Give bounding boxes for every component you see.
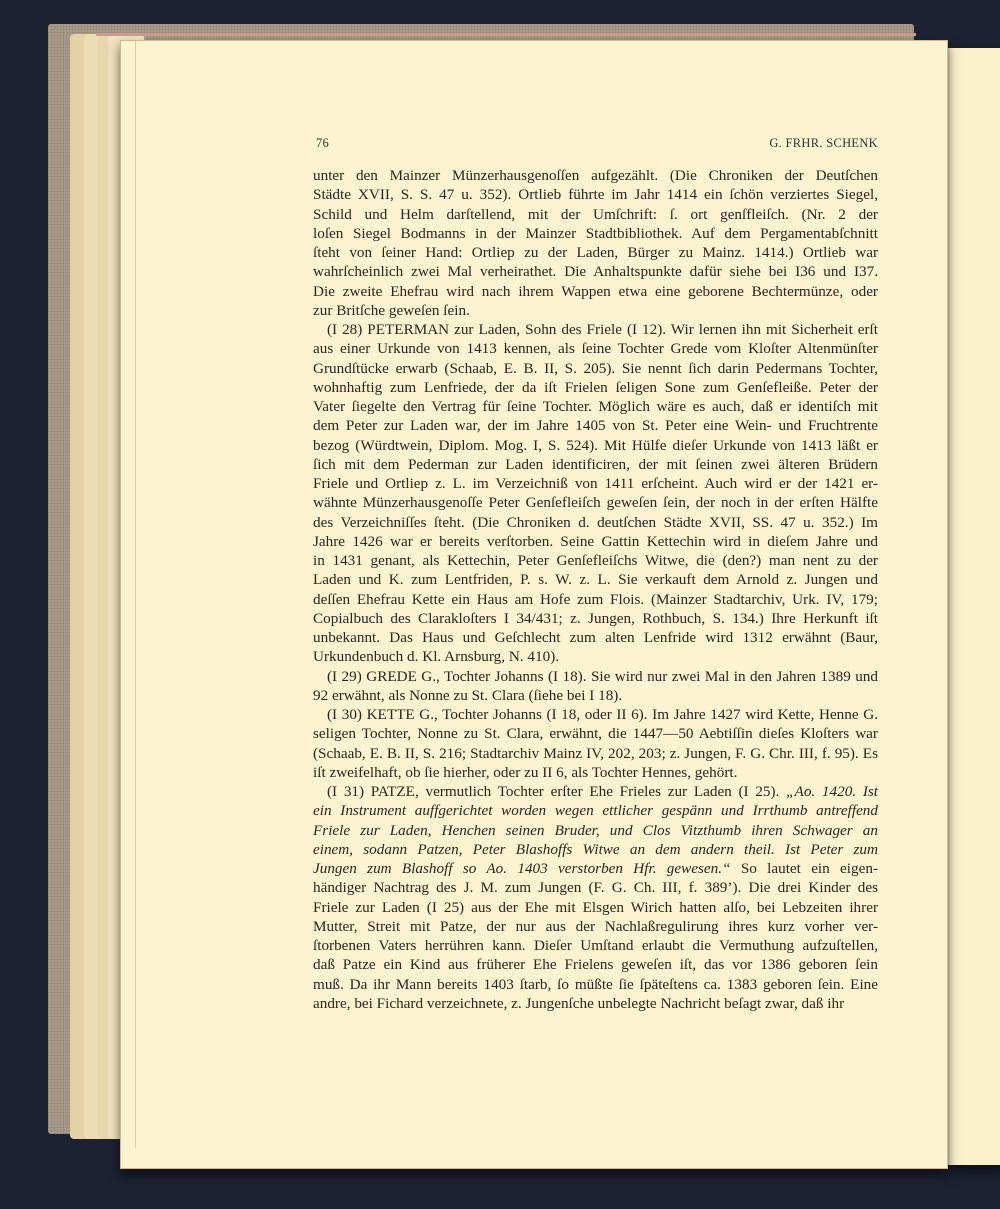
text-line: (I 30) KETTE G., Tochter Johanns (I 18, … <box>313 705 878 724</box>
paragraph-I30: (I 30) KETTE G., Tochter Johanns (I 18, … <box>313 705 878 782</box>
facing-page-edge <box>948 48 1000 1165</box>
text-line: (I 29) GREDE G., Tochter Johanns (I 18).… <box>313 667 878 686</box>
text-line: wähnte Münzerhausgenoſſe Peter Genſeflei… <box>313 493 878 512</box>
text-line: Friele und Ortliep z. L. im Verzeichniß … <box>313 474 878 493</box>
text-line: Urkundenbuch d. Kl. Arnsburg, N. 410). <box>313 647 878 666</box>
text-line: ſtorbenen Vaters herrühren kann. Dieſer … <box>313 936 878 955</box>
text-segment: muß. Da ihr Mann bereits 1403 ſtarb, ſo … <box>313 976 878 993</box>
text-line: Friele zur Laden (I 25) aus der Ehe mit … <box>313 898 878 917</box>
text-line: iſt zweifelhaft, ob ſie hierher, oder zu… <box>313 763 878 782</box>
text-line: muß. Da ihr Mann bereits 1403 ſtarb, ſo … <box>313 975 878 994</box>
text-line: Die zweite Ehefrau wird nach ihrem Wappe… <box>313 282 878 301</box>
text-line: Laden und K. zum Lentfriden, P. s. W. z.… <box>313 570 878 589</box>
text-line: seligen Tochter, Nonne zu St. Clara, erw… <box>313 724 878 743</box>
text-segment: andre, bei Fichard verzeichnete, z. Jung… <box>313 995 844 1012</box>
red-top-edge <box>96 33 916 36</box>
text-line: dem Peter zur Laden war, der im Jahre 14… <box>313 416 878 435</box>
text-line: (Schaab, E. B. II, S. 216; Stadtarchiv M… <box>313 744 878 763</box>
text-line: ein Instrument auffgerichtet worden wege… <box>313 801 878 820</box>
text-line: aus einer Urkunde von 1413 kennen, als ſ… <box>313 339 878 358</box>
text-line: wohnhaftig zum Lenfriede, der da iſt Fri… <box>313 378 878 397</box>
text-line: Copialbuch des Claraklоſters I 34/431; z… <box>313 609 878 628</box>
text-segment: ſtorbenen Vaters herrühren kann. Dieſer … <box>313 937 878 954</box>
text-line: Friele zur Laden, Henchen seinen Bruder,… <box>313 821 878 840</box>
text-line: (I 31) PATZE, vermutlich Tochter erſter … <box>313 782 878 801</box>
text-segment: Mutter, Streit mit Patze, der nur aus de… <box>313 918 878 935</box>
italic-quote: „Ao. 1420. Ist <box>786 783 878 800</box>
body-text: unter den Mainzer Münzerhausgenoſſen auf… <box>313 166 878 1013</box>
text-line: 92 erwähnt, als Nonne zu St. Clara (ſieh… <box>313 686 878 705</box>
text-line: einem, sodann Patzen, Peter Blashoffs Wi… <box>313 840 878 859</box>
text-line: Grundſtücke erwarb (Schaab, E. B. II, S.… <box>313 359 878 378</box>
text-line: Jahre 1426 war er bereits verſtorben. Se… <box>313 532 878 551</box>
text-line: Schild und Helm darſtellend, mit der Umſ… <box>313 205 878 224</box>
text-line: des Verzeichniſſes ſteht. (Die Chroniken… <box>313 513 878 532</box>
text-segment: daß Patze ein Kind aus früherer Ehe Frie… <box>313 956 878 973</box>
text-line: (I 28) PETERMAN zur Laden, Sohn des Frie… <box>313 320 878 339</box>
paragraph-I29: (I 29) GREDE G., Tochter Johanns (I 18).… <box>313 667 878 706</box>
text-line: unbekannt. Das Haus und Geſchlecht zum a… <box>313 628 878 647</box>
text-segment: händiger Nachtrag des J. M. zum Jungen (… <box>313 879 878 896</box>
running-head: G. FRHR. SCHENK <box>769 136 878 151</box>
text-line: daß Patze ein Kind aus früherer Ehe Frie… <box>313 955 878 974</box>
text-line: Städte XVII, S. S. 47 u. 352). Ortlieb f… <box>313 185 878 204</box>
italic-quote: ein Instrument auffgerichtet worden wege… <box>313 802 878 819</box>
text-line: ſteht von ſeiner Hand: Ortliep zu der La… <box>313 243 878 262</box>
paragraph-I28: (I 28) PETERMAN zur Laden, Sohn des Frie… <box>313 320 878 667</box>
page-number: 76 <box>316 136 329 151</box>
text-line: Mutter, Streit mit Patze, der nur aus de… <box>313 917 878 936</box>
text-line: unter den Mainzer Münzerhausgenoſſen auf… <box>313 166 878 185</box>
italic-quote: Jungen zum Blashoff so Ao. 1403 verstorb… <box>313 860 731 877</box>
text-line: ſich mit dem Pederman zur Laden identifi… <box>313 455 878 474</box>
text-line: händiger Nachtrag des J. M. zum Jungen (… <box>313 878 878 897</box>
text-line: bezog (Würdtwein, Diplom. Mog. I, S. 524… <box>313 436 878 455</box>
text-line: zur Britſche geweſen ſein. <box>313 301 878 320</box>
text-line: andre, bei Fichard verzeichnete, z. Jung… <box>313 994 878 1013</box>
italic-quote: Friele zur Laden, Henchen seinen Bruder,… <box>313 822 878 839</box>
paragraph-I31: (I 31) PATZE, vermutlich Tochter erſter … <box>313 782 878 1013</box>
text-line: Jungen zum Blashoff so Ao. 1403 verstorb… <box>313 859 878 878</box>
text-line: Vater ſiegelte den Vertrag für ſeine Toc… <box>313 397 878 416</box>
text-segment: (I 31) PATZE, vermutlich Tochter erſter … <box>327 783 786 800</box>
italic-quote: einem, sodann Patzen, Peter Blashoffs Wi… <box>313 841 878 858</box>
text-segment: Friele zur Laden (I 25) aus der Ehe mit … <box>313 899 878 916</box>
page-edge-line <box>135 41 136 1148</box>
text-line: loſen Siegel Bodmanns in der Mainzer Sta… <box>313 224 878 243</box>
text-line: wahrſcheinlich zwei Mal verheirathet. Di… <box>313 262 878 281</box>
paragraph-continuation: unter den Mainzer Münzerhausgenoſſen auf… <box>313 166 878 320</box>
text-line: in 1431 genant, als Kettechin, Peter Gen… <box>313 551 878 570</box>
text-line: deſſen Ehefrau Kette ein Haus am Hofe zu… <box>313 590 878 609</box>
text-segment: So lautet ein eigen- <box>731 860 878 877</box>
